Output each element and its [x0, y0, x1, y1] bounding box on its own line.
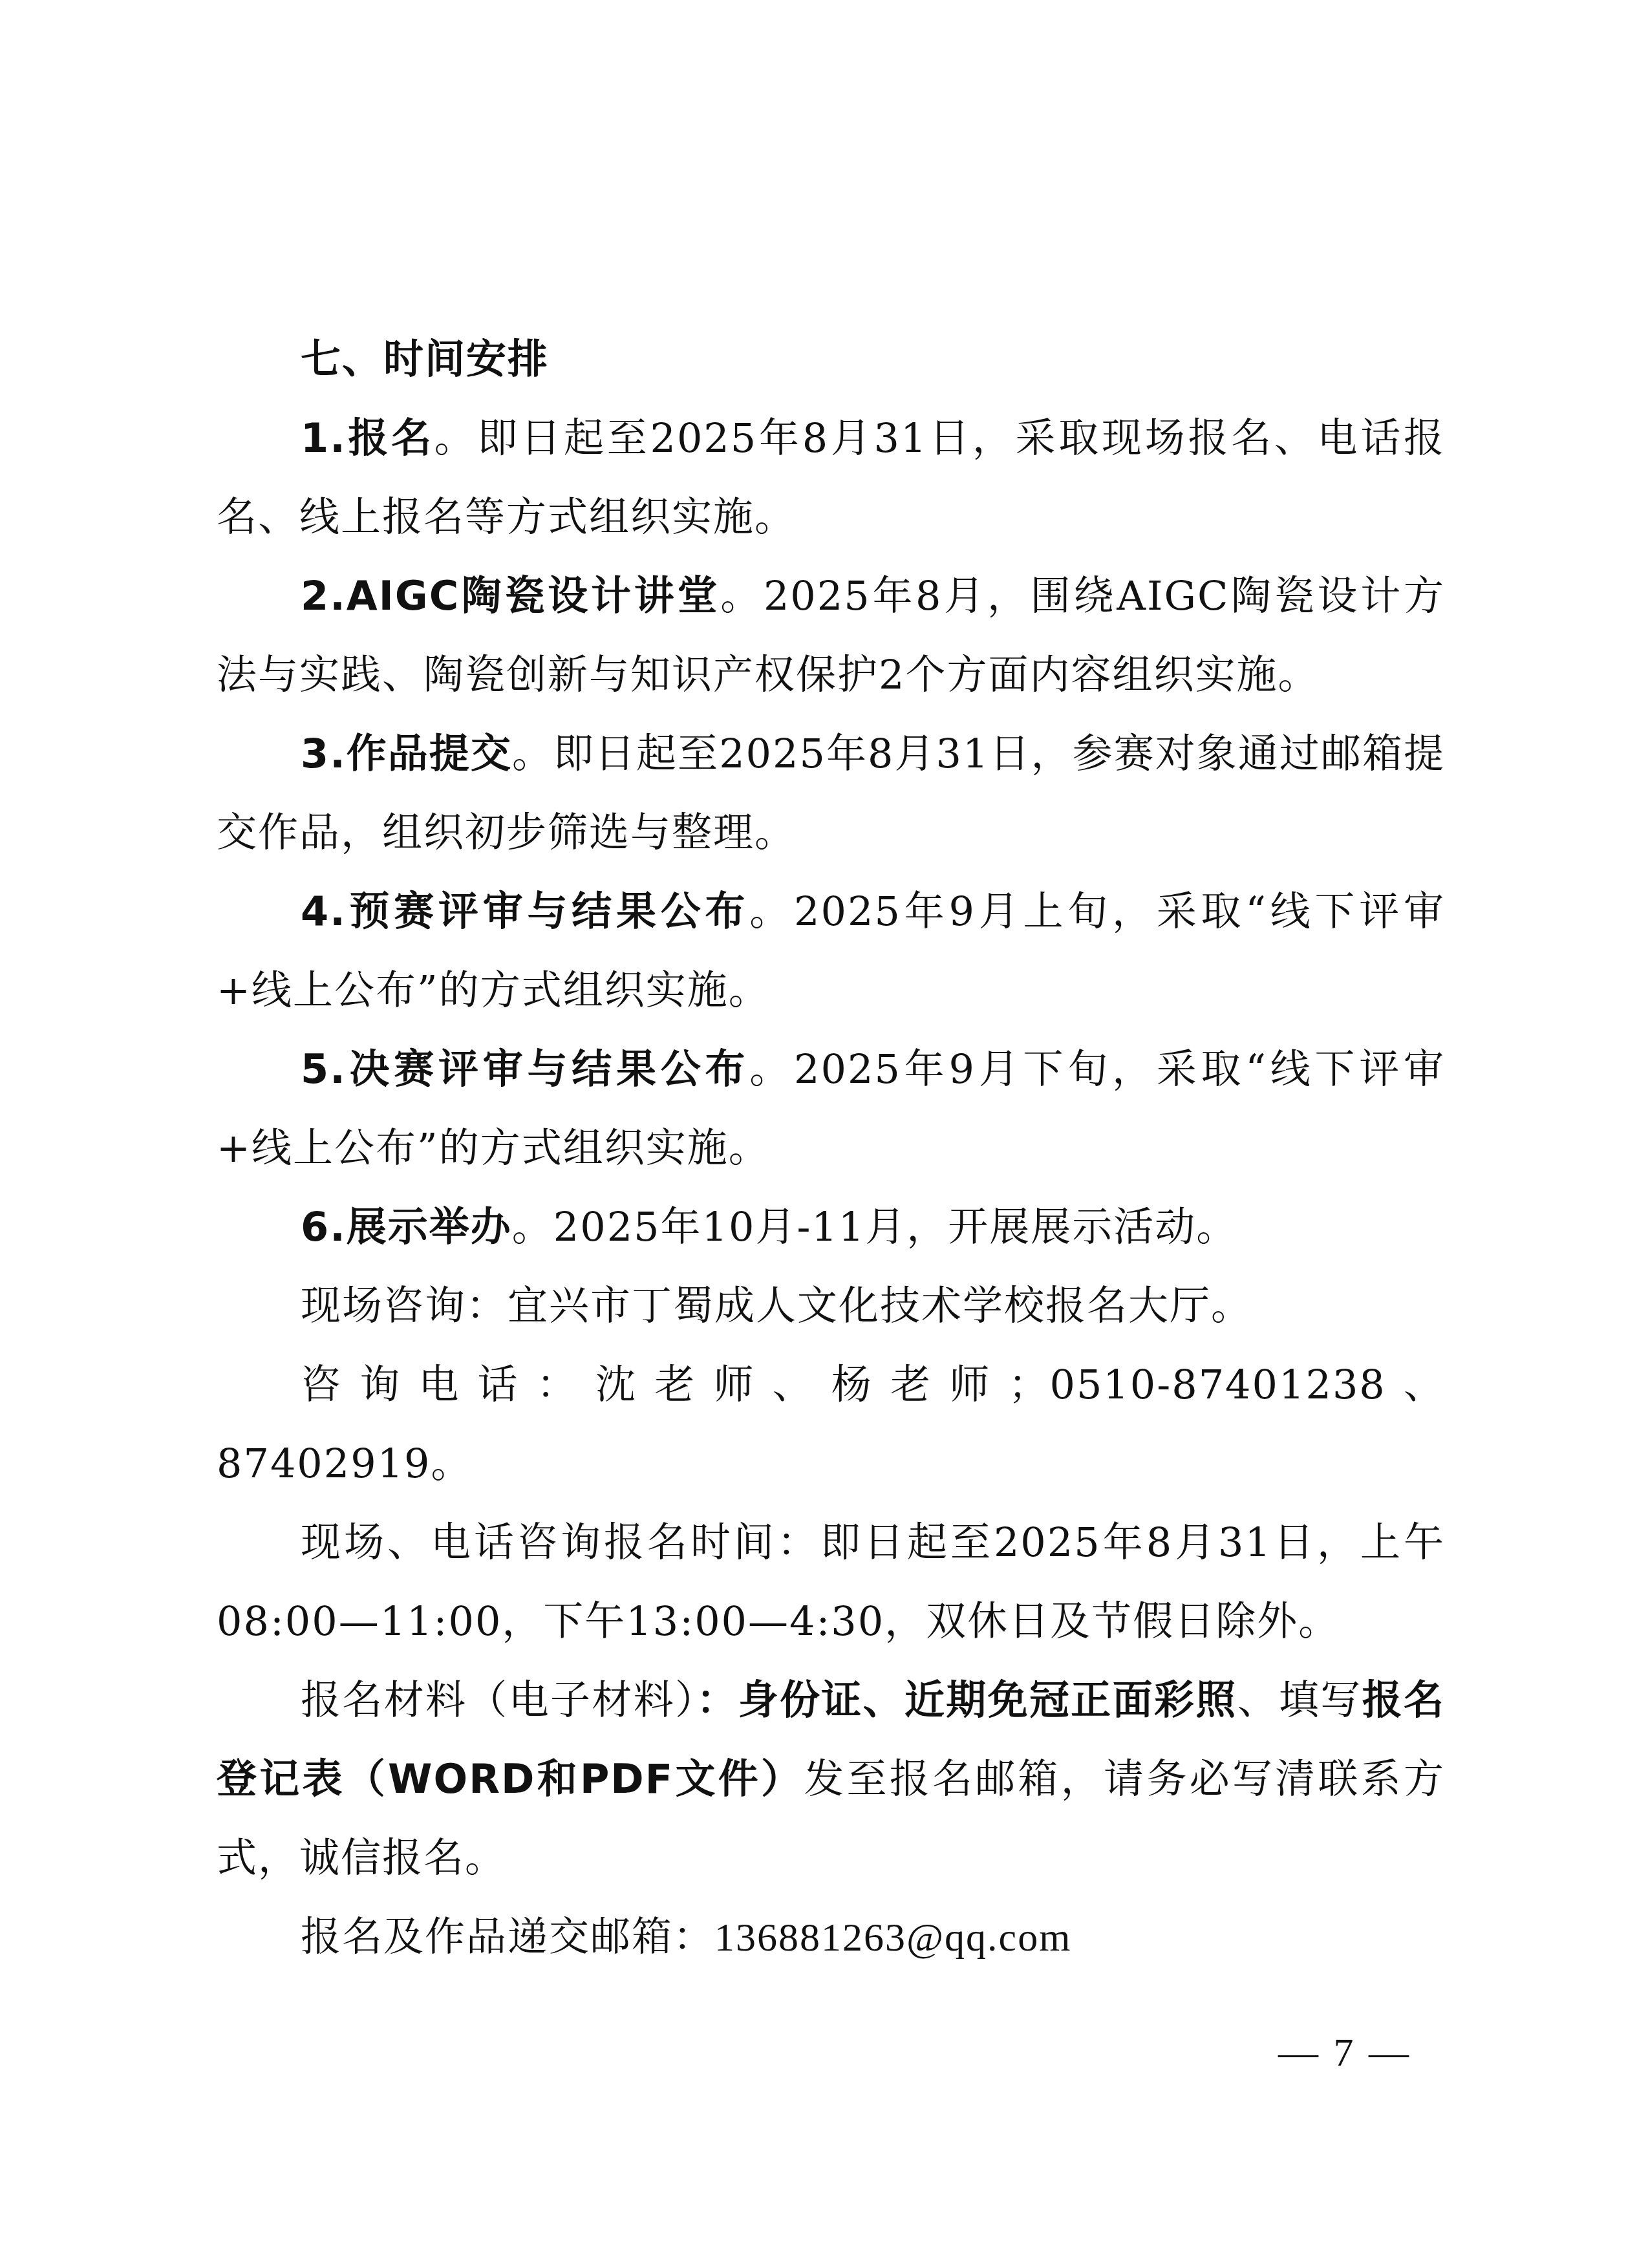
item-6-sep: 。 — [512, 1203, 553, 1250]
schedule-item-5: 5.决赛评审与结果公布。2025年9月下旬，采取“线下评审+线上公布”的方式组织… — [217, 1030, 1445, 1188]
item-3-sep: 。 — [512, 730, 553, 777]
section-heading: 七、时间安排 — [217, 320, 1445, 399]
item-5-number: 5. — [301, 1045, 347, 1093]
item-3-title: 作品提交 — [347, 730, 512, 777]
item-4-number: 4. — [301, 888, 347, 935]
schedule-item-1: 1.报名。即日起至2025年8月31日，采取现场报名、电话报名、线上报名等方式组… — [217, 399, 1445, 557]
materials-colon: ： — [696, 1676, 738, 1724]
schedule-item-2: 2.AIGC陶瓷设计讲堂。2025年8月，围绕AIGC陶瓷设计方法与实践、陶瓷创… — [217, 557, 1445, 714]
consult-hours-label: 现场、电话咨询报名时间： — [301, 1519, 820, 1566]
item-2-number: 2. — [301, 572, 347, 619]
submission-email: 报名及作品递交邮箱：136881263@qq.com — [217, 1898, 1445, 1977]
email-address[interactable]: 136881263@qq.com — [714, 1916, 1071, 1960]
materials-required-items: 身份证、近期免冠正面彩照 — [738, 1676, 1237, 1724]
phone-consult-label: 咨询电话： — [301, 1361, 595, 1408]
page-number: — 7 — — [1267, 2030, 1422, 2076]
email-label: 报名及作品递交邮箱： — [301, 1913, 714, 1960]
onsite-consult: 现场咨询：宜兴市丁蜀成人文化技术学校报名大厅。 — [217, 1267, 1445, 1345]
document-page: 七、时间安排 1.报名。即日起至2025年8月31日，采取现场报名、电话报名、线… — [0, 0, 1648, 2268]
registration-materials: 报名材料（电子材料）：身份证、近期免冠正面彩照、填写报名登记表（WORD和PDF… — [217, 1661, 1445, 1898]
item-1-sep: 。 — [434, 414, 478, 462]
onsite-consult-label: 现场咨询： — [301, 1282, 508, 1329]
item-6-number: 6. — [301, 1203, 347, 1250]
materials-mid: 、填写 — [1237, 1676, 1362, 1724]
schedule-item-4: 4.预赛评审与结果公布。2025年9月上旬，采取“线下评审+线上公布”的方式组织… — [217, 872, 1445, 1030]
item-2-sep: 。 — [720, 572, 764, 619]
item-1-number: 1. — [301, 414, 347, 462]
onsite-consult-value: 宜兴市丁蜀成人文化技术学校报名大厅。 — [508, 1282, 1252, 1329]
consult-hours: 现场、电话咨询报名时间：即日起至2025年8月31日，上午08:00—11:00… — [217, 1503, 1445, 1661]
item-4-title: 预赛评审与结果公布 — [347, 888, 750, 935]
phone-consult: 咨询电话：沈老师、杨老师；0510-87401238、87402919。 — [217, 1345, 1445, 1503]
page-content: 七、时间安排 1.报名。即日起至2025年8月31日，采取现场报名、电话报名、线… — [217, 320, 1445, 1977]
item-5-title: 决赛评审与结果公布 — [347, 1045, 750, 1093]
schedule-item-3: 3.作品提交。即日起至2025年8月31日，参赛对象通过邮箱提交作品，组织初步筛… — [217, 714, 1445, 872]
item-4-sep: 。 — [749, 888, 794, 935]
item-6-body: 2025年10月-11月，开展展示活动。 — [553, 1203, 1238, 1250]
item-2-title: AIGC陶瓷设计讲堂 — [347, 572, 720, 619]
item-5-sep: 。 — [749, 1045, 794, 1093]
schedule-item-6: 6.展示举办。2025年10月-11月，开展展示活动。 — [217, 1188, 1445, 1267]
item-1-title: 报名 — [347, 414, 434, 462]
materials-label: 报名材料（电子材料） — [301, 1676, 696, 1724]
item-6-title: 展示举办 — [347, 1203, 512, 1250]
item-3-number: 3. — [301, 730, 347, 777]
